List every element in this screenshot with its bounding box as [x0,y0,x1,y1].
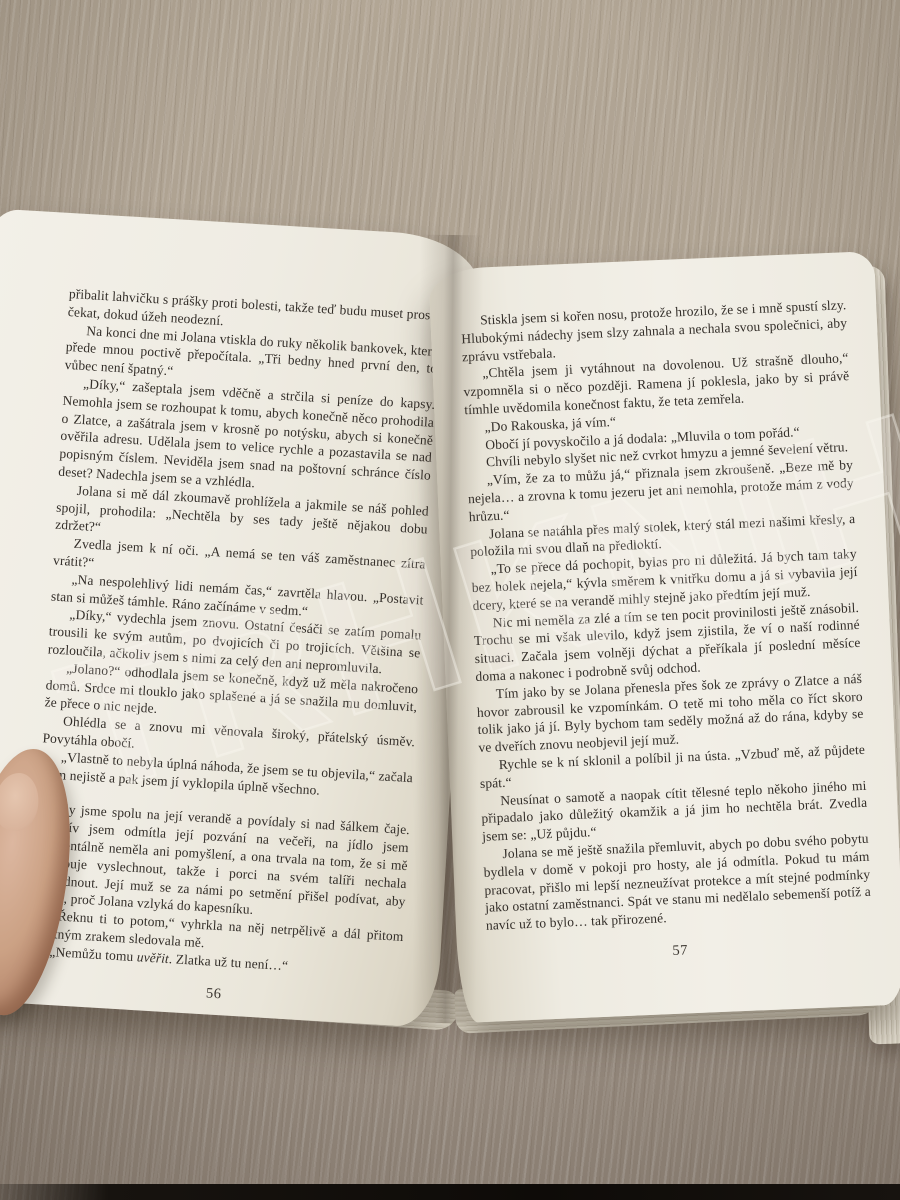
quote-italic-word: uvěřit [136,949,169,966]
right-page-number: 57 [487,935,873,969]
right-page: Stiskla jsem si kořen nosu, protože hroz… [428,251,900,1023]
left-page-text: přibalit lahvičku s prášky proti bolesti… [27,285,440,1015]
quote-pre: „Nemůžu tomu [49,944,137,964]
open-book: přibalit lahvičku s prášky proti bolesti… [0,0,900,1200]
book-photo: přibalit lahvičku s prášky proti bolesti… [0,0,900,1200]
left-page: přibalit lahvičku s prášky proti bolesti… [0,208,483,1028]
left-page-number: 56 [27,975,399,1015]
table-edge-shadow [0,1184,900,1200]
thumb-nail [0,770,43,834]
paragraph: Jolana se mě ještě snažila přemluvit, ab… [483,830,872,935]
right-page-text: Stiskla jsem si kořen nosu, protože hroz… [460,296,873,968]
